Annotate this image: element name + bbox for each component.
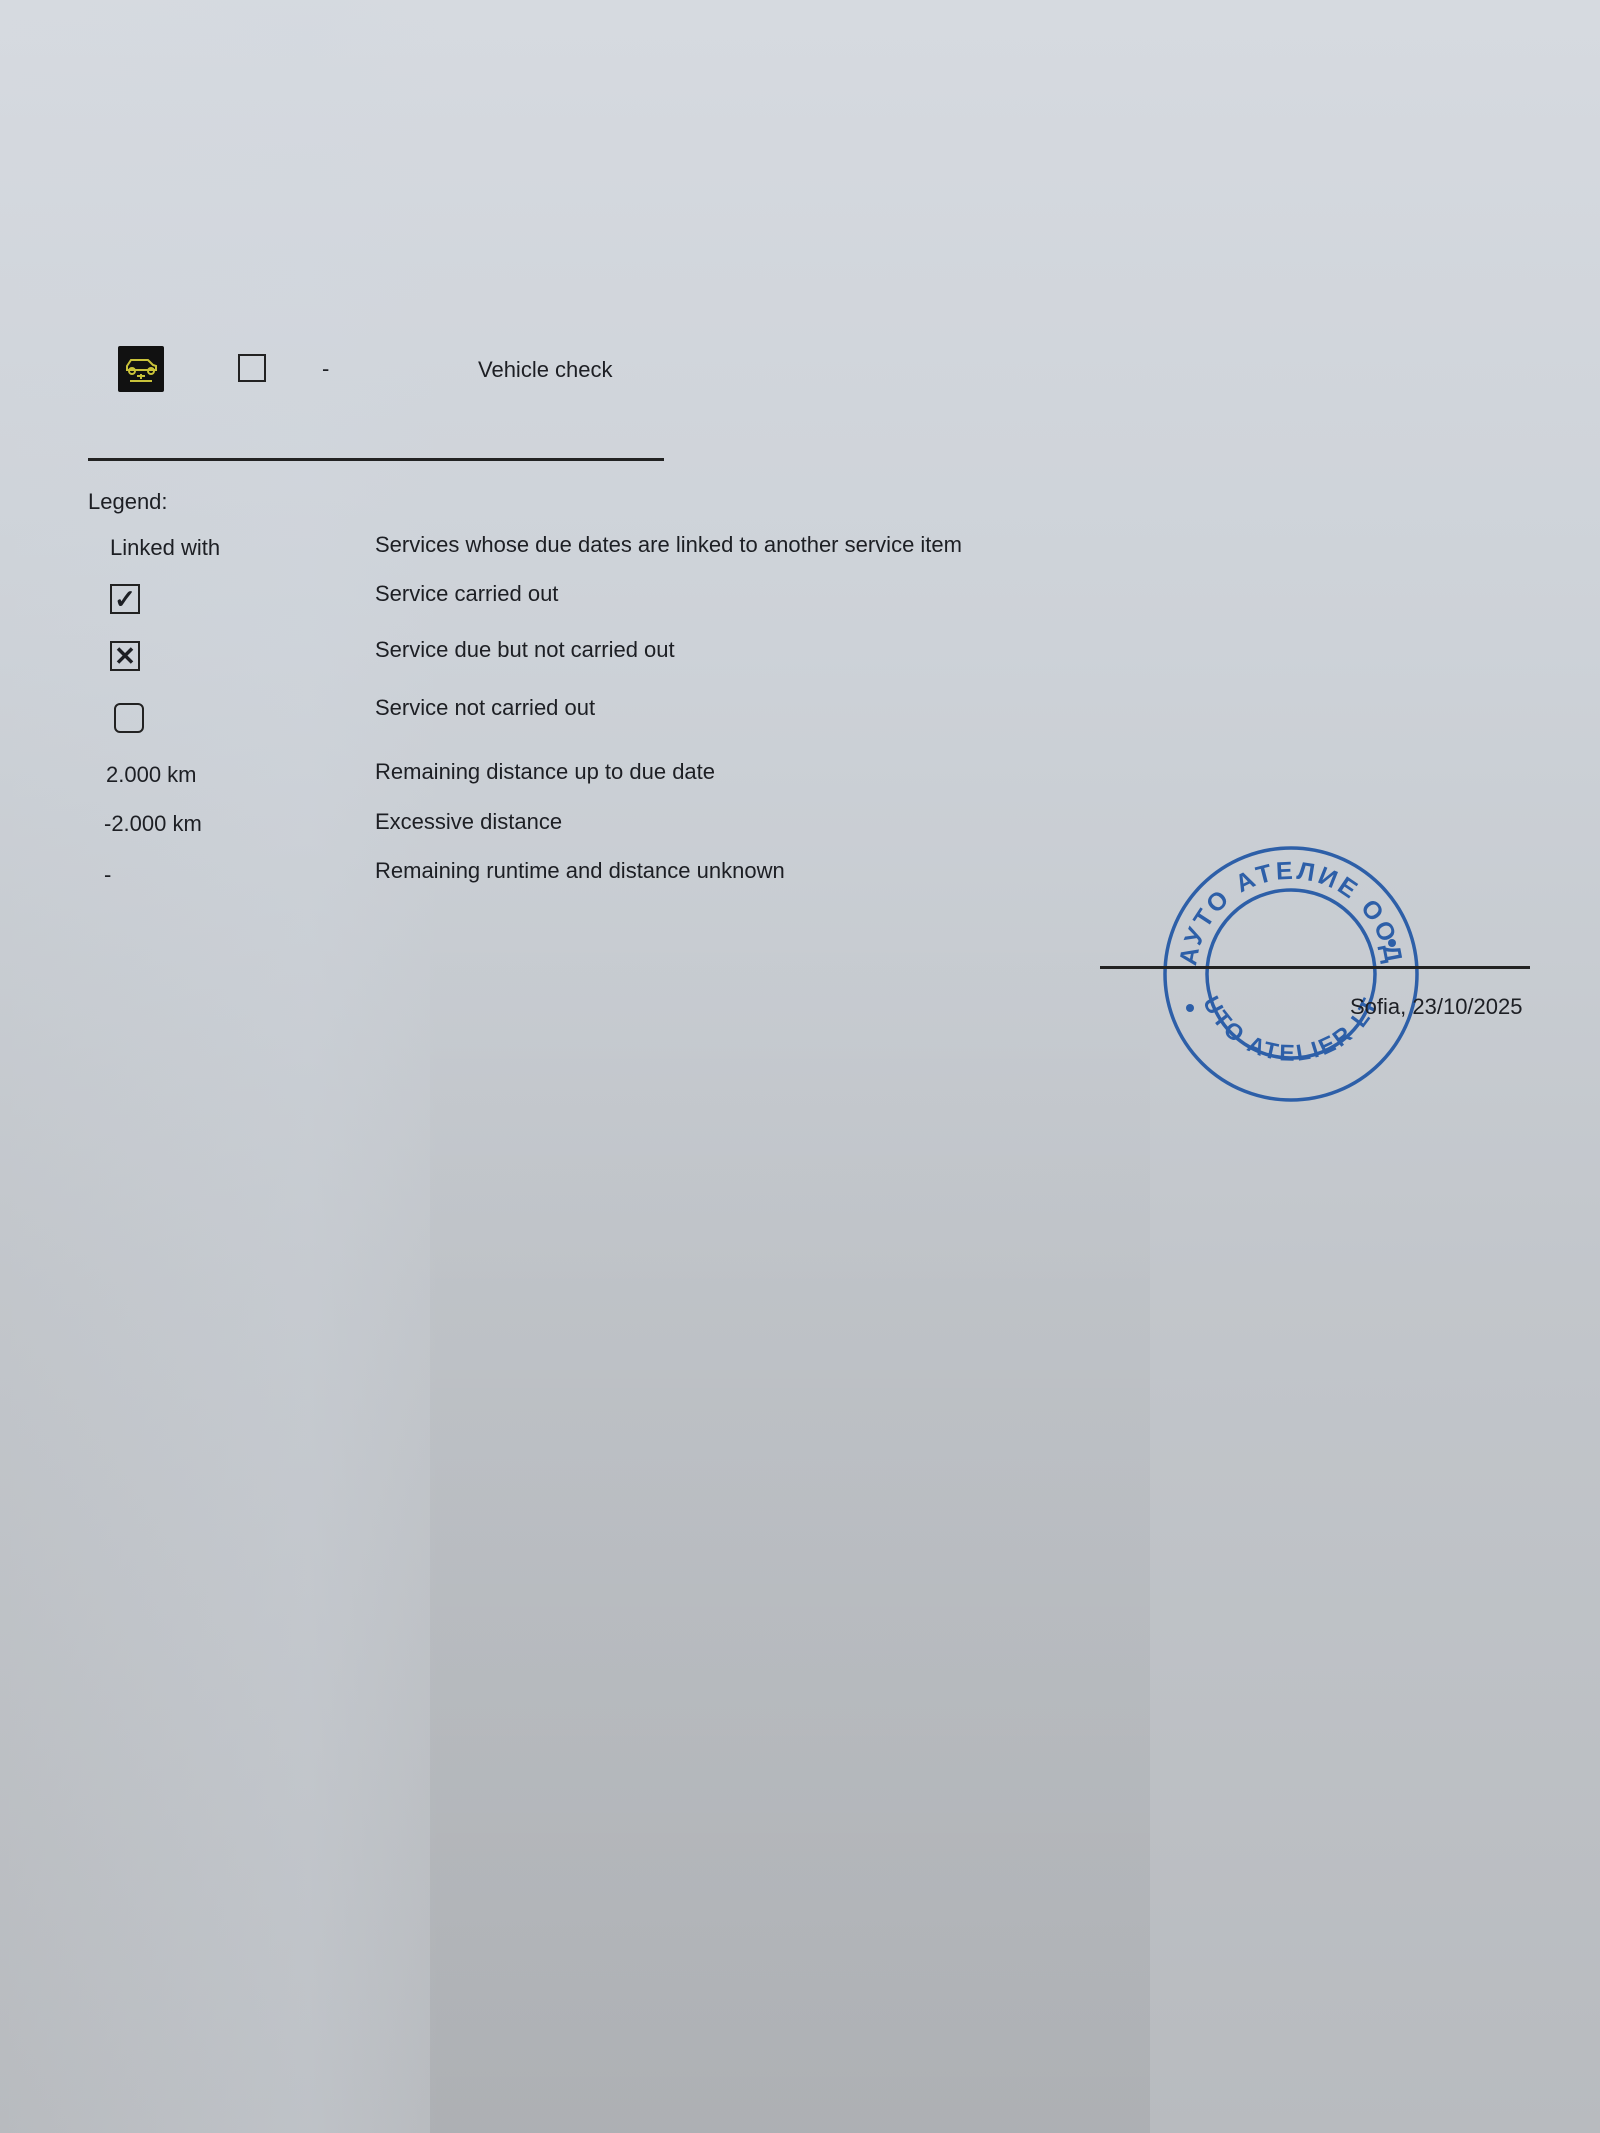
legend-description: Services whose due dates are linked to a… xyxy=(375,532,962,558)
legend-description: Remaining distance up to due date xyxy=(375,759,715,785)
legend-description: Service due but not carried out xyxy=(375,637,675,663)
legend-title: Legend: xyxy=(88,489,168,515)
paper-shading xyxy=(430,900,1150,2133)
paper-shading xyxy=(0,0,440,2133)
place-date: Sofia, 23/10/2025 xyxy=(1350,994,1522,1020)
service-name: Vehicle check xyxy=(478,357,613,383)
legend-description: Excessive distance xyxy=(375,809,562,835)
legend-symbol-unknown: - xyxy=(104,862,111,888)
divider xyxy=(88,458,664,461)
legend-description: Service carried out xyxy=(375,581,558,607)
legend-description: Remaining runtime and distance unknown xyxy=(375,858,785,884)
legend-symbol-linked: Linked with xyxy=(110,535,220,561)
remaining-value: - xyxy=(322,356,329,382)
legend-symbol-distance: 2.000 km xyxy=(106,762,197,788)
signature-line xyxy=(1100,966,1530,969)
checked-box-icon: ✓ xyxy=(110,584,140,614)
vehicle-lift-icon xyxy=(118,346,164,392)
empty-box-icon xyxy=(114,703,144,733)
company-stamp: АУТО АТЕЛИЕ ООД AUTO ATELIER LTD xyxy=(1160,843,1422,1105)
legend-description: Service not carried out xyxy=(375,695,595,721)
empty-box-icon xyxy=(238,354,266,382)
crossed-box-icon: ✕ xyxy=(110,641,140,671)
legend-symbol-excess: -2.000 km xyxy=(104,811,202,837)
